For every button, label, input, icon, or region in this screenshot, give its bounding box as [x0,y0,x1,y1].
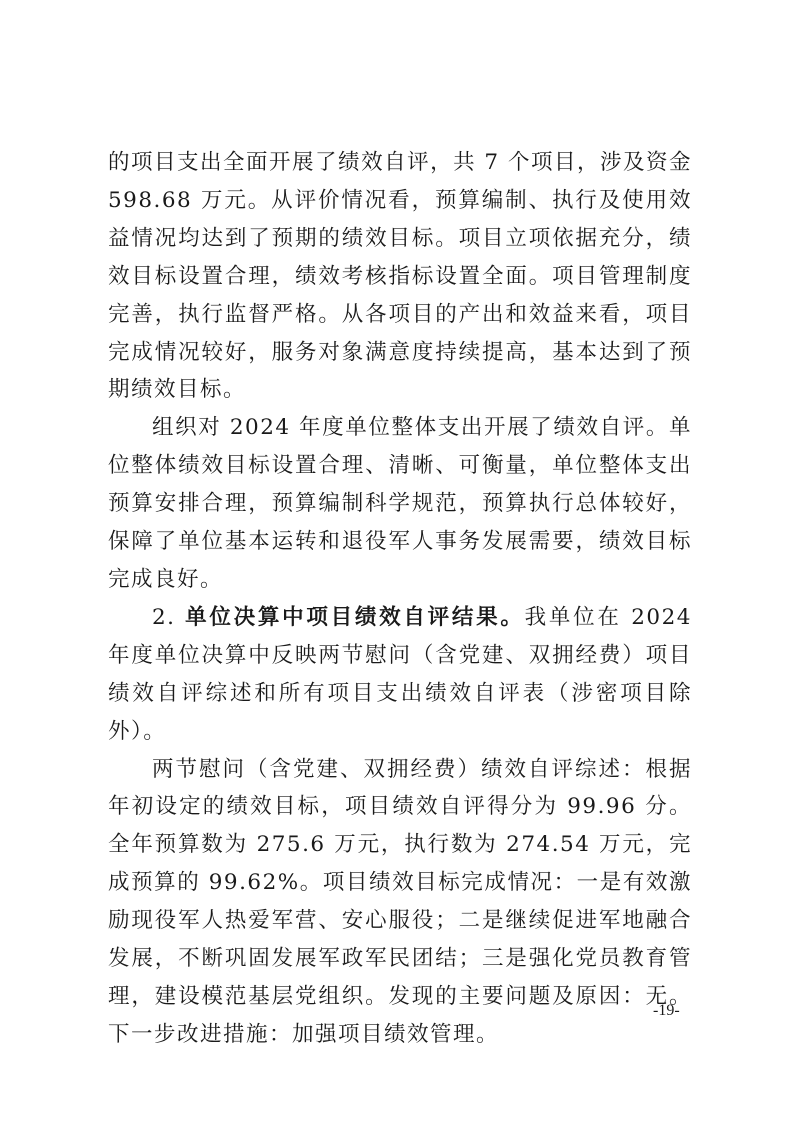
document-page: 的项目支出全面开展了绩效自评，共 7 个项目，涉及资金 598.68 万元。从评… [108,144,692,1054]
paragraph-project-summary: 的项目支出全面开展了绩效自评，共 7 个项目，涉及资金 598.68 万元。从评… [108,144,692,409]
paragraph-section-2: 2. 单位决算中项目绩效自评结果。我单位在 2024 年度单位决算中反映两节慰问… [108,599,692,751]
paragraph-holiday-visit-review: 两节慰问（含党建、双拥经费）绩效自评综述：根据年初设定的绩效目标，项目绩效自评得… [108,751,692,1054]
section-number: 2. [152,605,185,630]
section-heading: 单位决算中项目绩效自评结果。 [185,605,525,630]
paragraph-unit-overall: 组织对 2024 年度单位整体支出开展了绩效自评。单位整体绩效目标设置合理、清晰… [108,409,692,599]
page-number: -19- [653,1002,680,1020]
